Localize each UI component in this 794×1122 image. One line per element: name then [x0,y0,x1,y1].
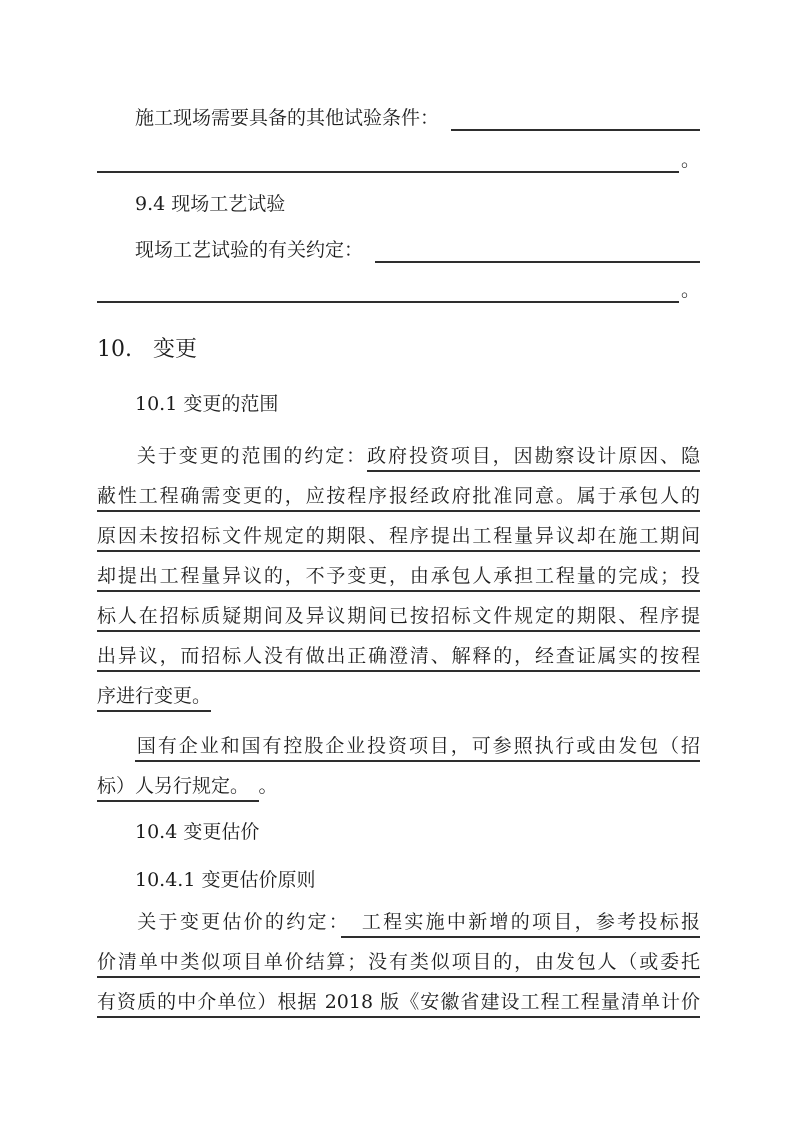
heading-10-1: 10.1 变更的范围 [97,384,700,424]
other-test-conditions-blank [451,98,700,131]
other-test-conditions-label: 施工现场需要具备的其他试验条件： [135,98,439,138]
para-valuation-underlined-1: 工程实施中新增的项目，参考投标报 [341,911,700,938]
para-valuation-lead: 关于变更估价的约定： [135,911,341,933]
heading-10-title: 变更 [153,326,197,374]
para-valuation-line-2: 价清单中类似项目单价结算；没有类似项目的，由发包人（或委托 [97,942,700,982]
heading-9-4: 9.4 现场工艺试验 [97,184,700,224]
heading-10-4-1: 10.4.1 变更估价原则 [97,860,700,900]
para-scope-underlined-1: 政府投资项目，因勘察设计原因、隐 [367,445,700,472]
field-process-test: 现场工艺试验的有关约定： [97,230,700,270]
para-valuation-underlined-3: 有资质的中介单位）根据 2018 版《安徽省建设工程工程量清单计价 [97,991,700,1018]
para-scope-line-5: 标人在招标质疑期间及异议期间已按招标文件规定的期限、程序提 [97,596,700,636]
blank-underline-1 [97,140,679,173]
para-soe-line-1: 国有企业和国有控股企业投资项目，可参照执行或由发包（招 [97,726,700,766]
para-scope-line-1: 关于变更的范围的约定：政府投资项目，因勘察设计原因、隐 [97,436,700,476]
para-scope-line-7: 序进行变更。 [97,676,700,716]
para-scope-line-6: 出异议，而招标人没有做出正确澄清、解释的，经查证属实的按程 [97,636,700,676]
blank-underline-2 [97,270,679,303]
fullstop-mark-2: 。 [681,270,700,310]
para-soe-underlined-1: 国有企业和国有控股企业投资项目，可参照执行或由发包（招 [135,735,700,762]
para-valuation-line-1: 关于变更估价的约定： 工程实施中新增的项目，参考投标报 [97,902,700,942]
para-scope-lead: 关于变更的范围的约定： [135,445,367,467]
para-scope-underlined-4: 却提出工程量异议的，不予变更，由承包人承担工程量的完成；投 [97,565,700,592]
para-scope-underlined-3: 原因未按招标文件规定的期限、程序提出工程量异议却在施工期间 [97,525,700,552]
page-content: 施工现场需要具备的其他试验条件： 。 9.4 现场工艺试验 现场工艺试验的有关约… [0,0,794,1022]
para-scope-line-2: 蔽性工程确需变更的，应按程序报经政府批准同意。属于承包人的 [97,476,700,516]
para-scope-underlined-5: 标人在招标质疑期间及异议期间已按招标文件规定的期限、程序提 [97,605,700,632]
fullstop-mark-3: 。 [259,775,278,797]
para-scope-line-3: 原因未按招标文件规定的期限、程序提出工程量异议却在施工期间 [97,516,700,556]
para-valuation-underlined-2: 价清单中类似项目单价结算；没有类似项目的，由发包人（或委托 [97,951,700,978]
process-test-blank [375,230,700,263]
continuation-blank-line-2: 。 [97,270,700,310]
continuation-blank-line-1: 。 [97,140,700,180]
heading-10: 10. 变更 [97,326,700,374]
fullstop-mark-1: 。 [681,140,700,180]
field-other-test-conditions: 施工现场需要具备的其他试验条件： [97,98,700,138]
para-valuation-line-3: 有资质的中介单位）根据 2018 版《安徽省建设工程工程量清单计价 [97,982,700,1022]
para-soe-underlined-2: 标）人另行规定。 [97,775,259,802]
para-scope-line-4: 却提出工程量异议的，不予变更，由承包人承担工程量的完成；投 [97,556,700,596]
para-soe-line-2: 标）人另行规定。 。 [97,766,700,806]
heading-10-4: 10.4 变更估价 [97,812,700,852]
document-page: 施工现场需要具备的其他试验条件： 。 9.4 现场工艺试验 现场工艺试验的有关约… [0,0,794,1122]
para-scope-underlined-6: 出异议，而招标人没有做出正确澄清、解释的，经查证属实的按程 [97,645,700,672]
para-scope-underlined-7: 序进行变更。 [97,685,211,712]
process-test-label: 现场工艺试验的有关约定： [135,230,363,270]
heading-10-number: 10. [97,326,132,374]
para-scope-underlined-2: 蔽性工程确需变更的，应按程序报经政府批准同意。属于承包人的 [97,485,700,512]
